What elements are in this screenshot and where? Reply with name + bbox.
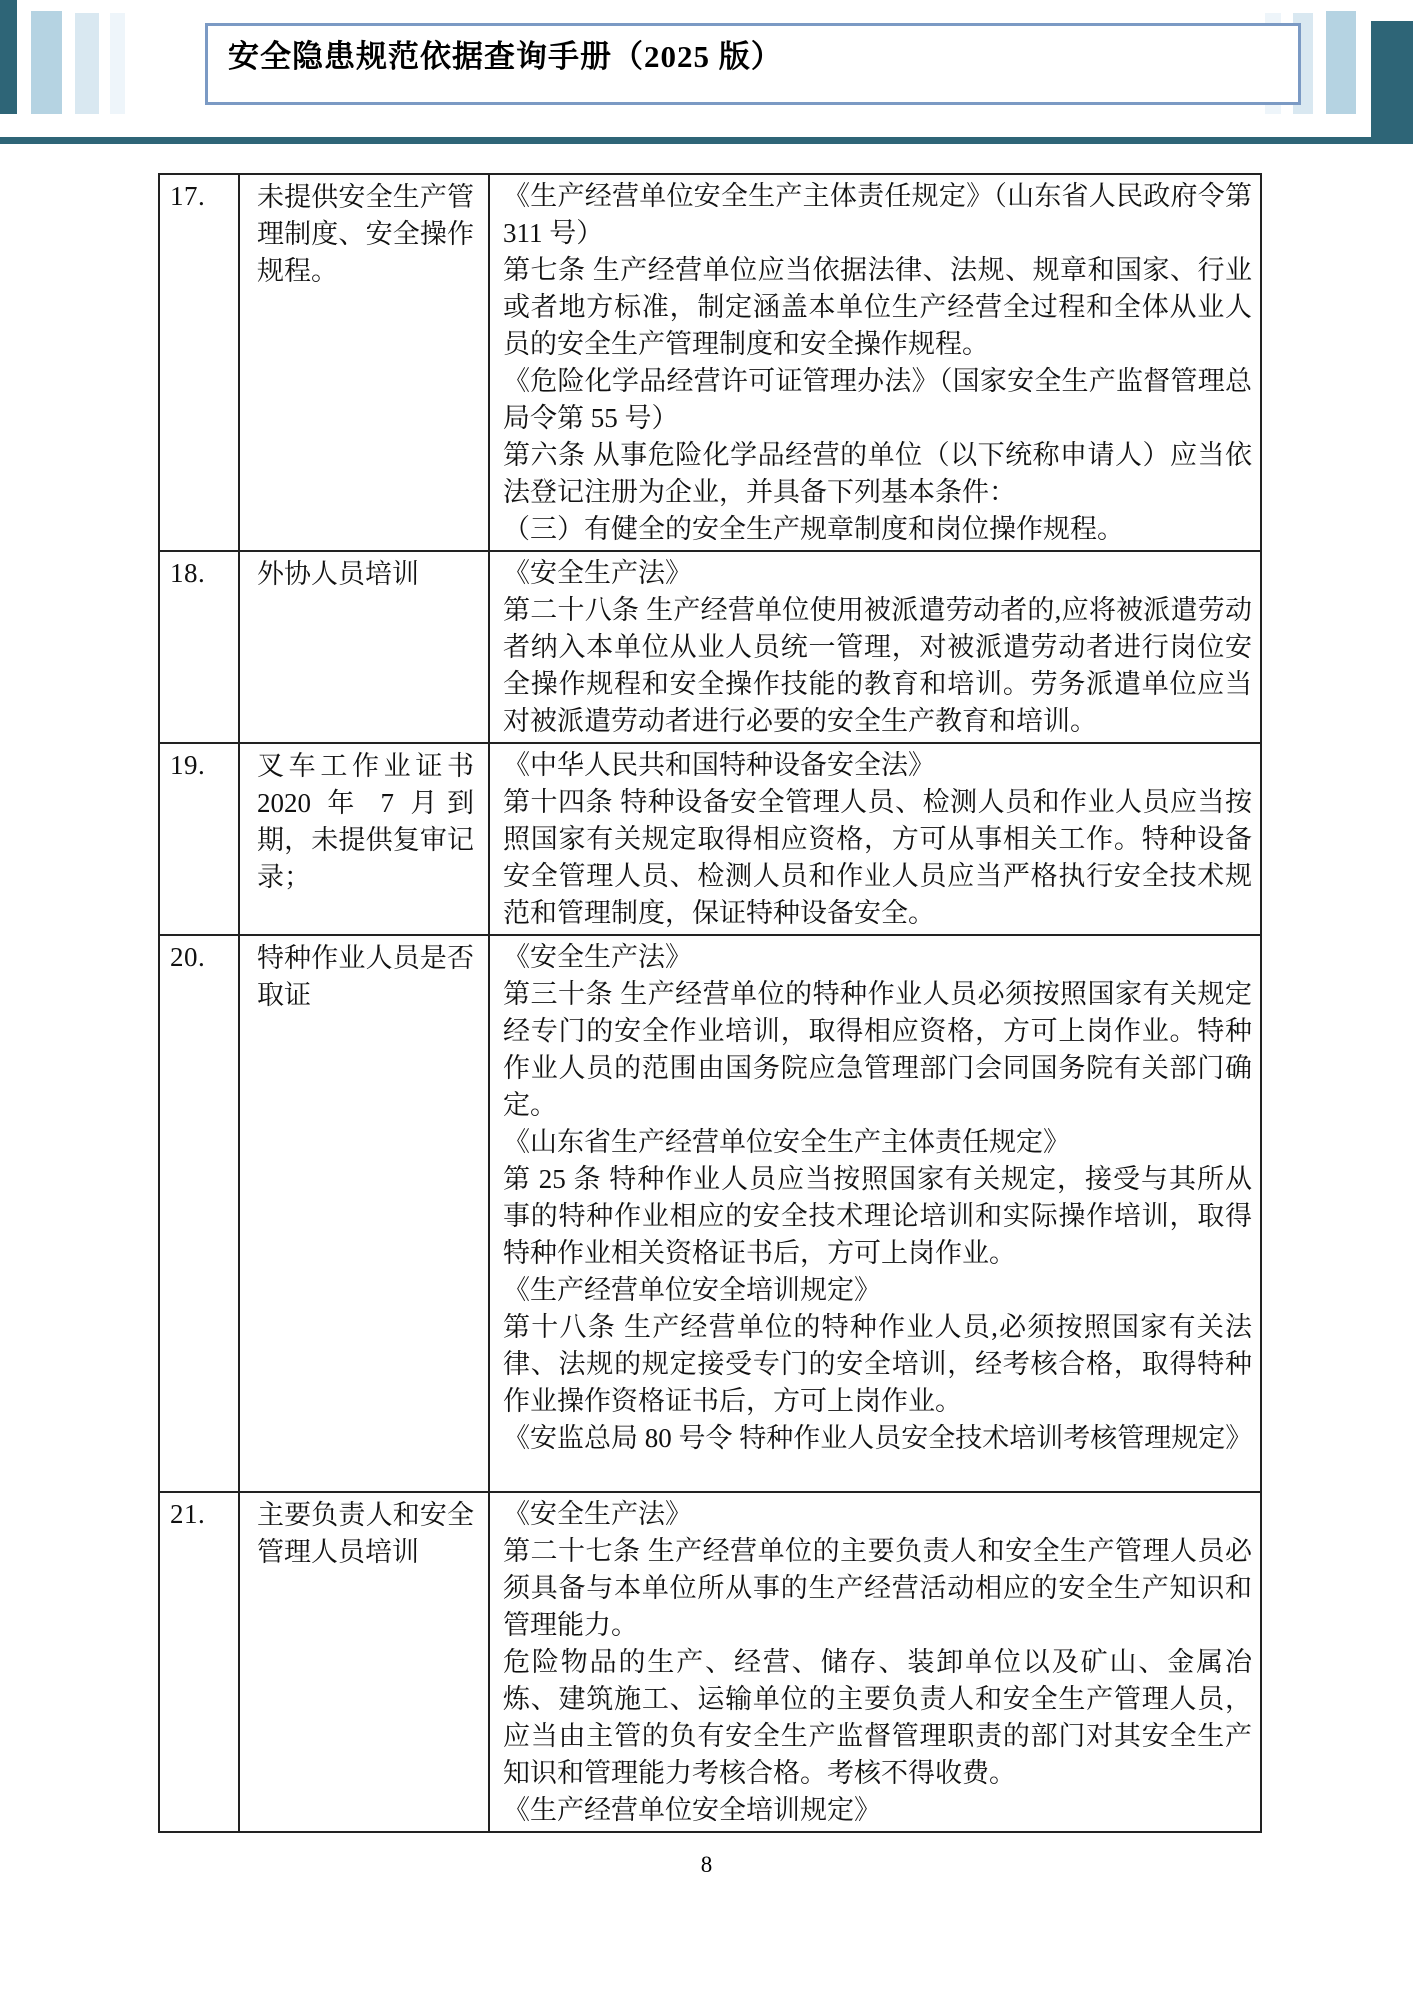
basis-paragraph: 《生产经营单位安全培训规定》 [503,1272,1252,1309]
row-number-cell: 21. [159,1492,239,1832]
issue-cell: 特种作业人员是否取证 [239,935,489,1492]
basis-paragraph: 《山东省生产经营单位安全生产主体责任规定》 [503,1124,1252,1161]
basis-cell: 《生产经营单位安全生产主体责任规定》（山东省人民政府令第 311 号） 第七条 … [489,174,1261,551]
basis-paragraph: 第二十七条 生产经营单位的主要负责人和安全生产管理人员必须具备与本单位所从事的生… [503,1533,1252,1644]
table-row: 18. 外协人员培训 《安全生产法》 第二十八条 生产经营单位使用被派遣劳动者的… [159,551,1261,743]
table-row: 19. 叉车工作业证书 2020 年 7 月到期，未提供复审记录； 《中华人民共… [159,743,1261,935]
decor-bar-lighter-left [75,13,99,114]
basis-paragraph: 《安全生产法》 [503,1496,1252,1533]
basis-paragraph: 第 25 条 特种作业人员应当按照国家有关规定，接受与其所从事的特种作业相应的安… [503,1161,1252,1272]
row-number-cell: 17. [159,174,239,551]
decor-bar-light-left [31,11,62,114]
basis-paragraph: 《生产经营单位安全生产主体责任规定》（山东省人民政府令第 311 号） [503,178,1252,252]
basis-paragraph: （三）有健全的安全生产规章制度和岗位操作规程。 [503,511,1252,548]
row-number-cell: 18. [159,551,239,743]
header-rule [0,137,1413,144]
basis-paragraph: 《中华人民共和国特种设备安全法》 [503,747,1252,784]
issue-cell: 未提供安全生产管理制度、安全操作规程。 [239,174,489,551]
header-title-box: 安全隐患规范依据查询手册（2025 版） [205,23,1301,105]
issue-cell: 主要负责人和安全管理人员培训 [239,1492,489,1832]
table-row: 20. 特种作业人员是否取证 《安全生产法》 第三十条 生产经营单位的特种作业人… [159,935,1261,1492]
basis-paragraph: 第十四条 特种设备安全管理人员、检测人员和作业人员应当按照国家有关规定取得相应资… [503,784,1252,932]
issue-cell: 叉车工作业证书 2020 年 7 月到期，未提供复审记录； [239,743,489,935]
decor-bar-light-right [1326,11,1356,114]
basis-paragraph: 第七条 生产经营单位应当依据法律、法规、规章和国家、行业或者地方标准，制定涵盖本… [503,252,1252,363]
basis-paragraph: 危险物品的生产、经营、储存、装卸单位以及矿山、金属冶炼、建筑施工、运输单位的主要… [503,1644,1252,1792]
page-title: 安全隐患规范依据查询手册（2025 版） [208,26,1298,75]
basis-paragraph: 《安监总局 80 号令 特种作业人员安全技术培训考核管理规定》 [503,1420,1252,1457]
basis-paragraph: 第十八条 生产经营单位的特种作业人员,必须按照国家有关法律、法规的规定接受专门的… [503,1309,1252,1420]
decor-bar-palest-left [110,13,125,114]
table-row: 17. 未提供安全生产管理制度、安全操作规程。 《生产经营单位安全生产主体责任规… [159,174,1261,551]
issue-cell: 外协人员培训 [239,551,489,743]
decor-bar-dark-left [0,0,17,114]
basis-paragraph: 《生产经营单位安全培训规定》 [503,1792,1252,1829]
page-number: 8 [0,1852,1413,1878]
basis-paragraph: 第六条 从事危险化学品经营的单位（以下统称申请人）应当依法登记注册为企业，并具备… [503,437,1252,511]
regulation-table: 17. 未提供安全生产管理制度、安全操作规程。 《生产经营单位安全生产主体责任规… [158,173,1262,1833]
basis-paragraph: 第三十条 生产经营单位的特种作业人员必须按照国家有关规定经专门的安全作业培训，取… [503,976,1252,1124]
basis-paragraph: 《安全生产法》 [503,555,1252,592]
row-number-cell: 20. [159,935,239,1492]
document-page: 安全隐患规范依据查询手册（2025 版） 17. 未提供安全生产管理制度、安全操… [0,0,1413,2000]
row-number-cell: 19. [159,743,239,935]
basis-paragraph: 《安全生产法》 [503,939,1252,976]
basis-cell: 《安全生产法》 第三十条 生产经营单位的特种作业人员必须按照国家有关规定经专门的… [489,935,1261,1492]
basis-paragraph: 《危险化学品经营许可证管理办法》（国家安全生产监督管理总局令第 55 号） [503,363,1252,437]
basis-paragraph: 第二十八条 生产经营单位使用被派遣劳动者的,应将被派遣劳动者纳入本单位从业人员统… [503,592,1252,740]
decor-bar-dark-right [1371,21,1413,143]
table-row: 21. 主要负责人和安全管理人员培训 《安全生产法》 第二十七条 生产经营单位的… [159,1492,1261,1832]
basis-cell: 《中华人民共和国特种设备安全法》 第十四条 特种设备安全管理人员、检测人员和作业… [489,743,1261,935]
basis-cell: 《安全生产法》 第二十七条 生产经营单位的主要负责人和安全生产管理人员必须具备与… [489,1492,1261,1832]
basis-cell: 《安全生产法》 第二十八条 生产经营单位使用被派遣劳动者的,应将被派遣劳动者纳入… [489,551,1261,743]
